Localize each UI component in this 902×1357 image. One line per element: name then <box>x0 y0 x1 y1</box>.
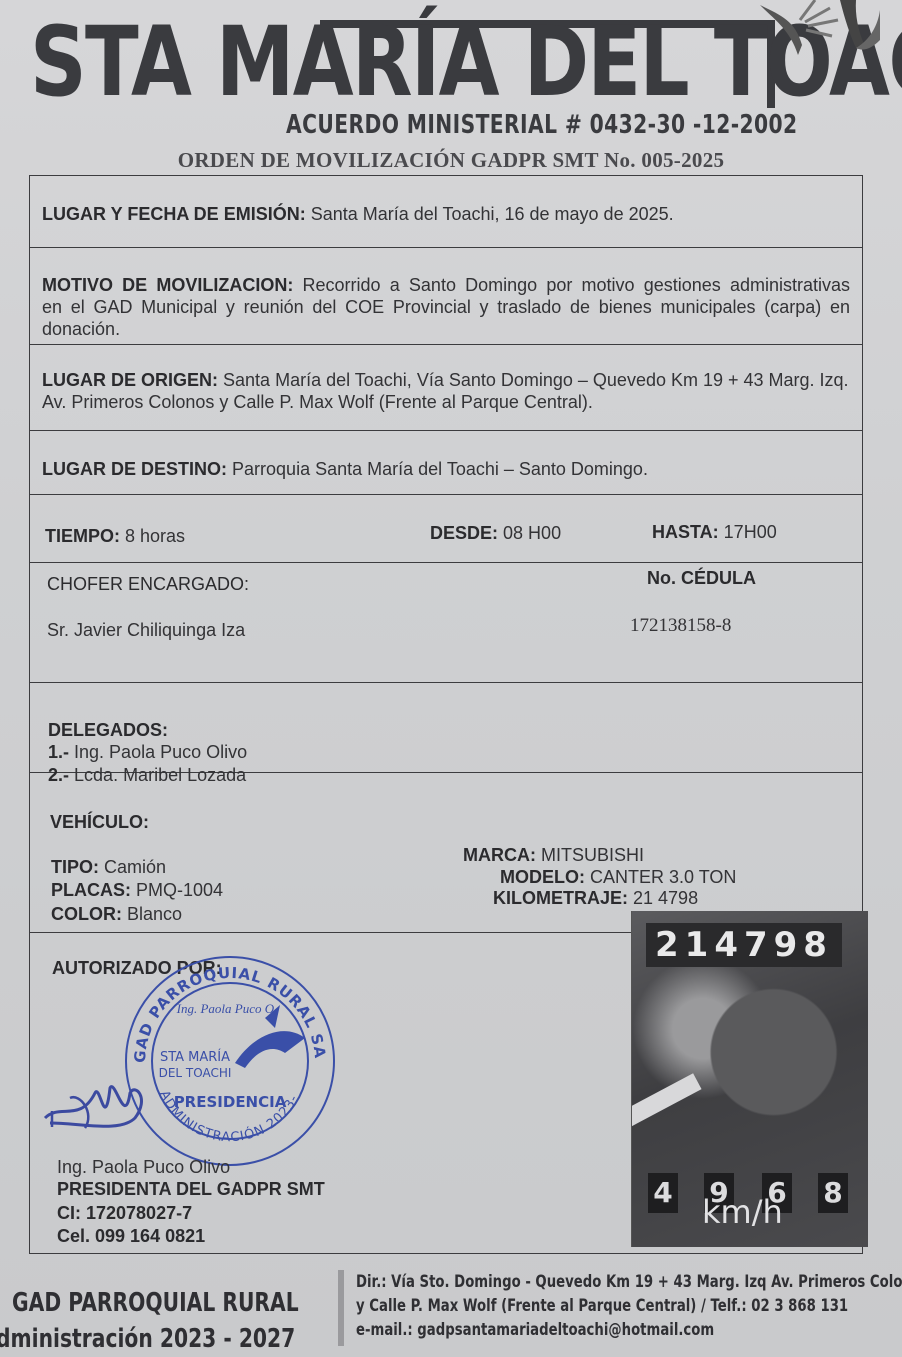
kilometraje-value: 21 4798 <box>633 888 698 908</box>
firmante-cel: Cel. 099 164 0821 <box>57 1225 205 1247</box>
hasta-value: 17H00 <box>724 522 777 542</box>
kilometraje-label: KILOMETRAJE: <box>493 888 628 908</box>
stamp-logo-line2: DEL TOACHI <box>159 1066 232 1080</box>
firmante-ci: CI: 172078027-7 <box>57 1202 192 1224</box>
kilometraje-field: KILOMETRAJE: 21 4798 <box>493 887 698 909</box>
delegado-item: 1.- Ing. Paola Puco Olivo <box>48 741 247 763</box>
placas-label: PLACAS: <box>51 880 131 900</box>
marca-field: MARCA: MITSUBISHI <box>463 844 644 866</box>
modelo-field: MODELO: CANTER 3.0 TON <box>500 866 736 888</box>
speed-unit: km/h <box>702 1201 783 1223</box>
footer-org-line1: GAD PARROQUIAL RURAL <box>12 1288 299 1318</box>
tiempo-label: TIEMPO: <box>45 526 120 546</box>
row-tiempo: TIEMPO: 8 horas DESDE: 08 H00 HASTA: 17H… <box>30 495 862 563</box>
row-fecha-emision: LUGAR Y FECHA DE EMISIÓN: Santa María de… <box>30 176 862 248</box>
row-destino: LUGAR DE DESTINO: Parroquia Santa María … <box>30 431 862 495</box>
placas-field: PLACAS: PMQ-1004 <box>51 879 223 901</box>
firmante-cargo: PRESIDENTA DEL GADPR SMT <box>57 1178 325 1200</box>
stamp-role: PRESIDENCIA <box>174 1093 287 1111</box>
footer-address-phone: y Calle P. Max Wolf (Frente al Parque Ce… <box>356 1294 902 1318</box>
row-motivo: MOTIVO DE MOVILIZACION: Recorrido a Sant… <box>30 248 862 345</box>
signature <box>40 1063 160 1143</box>
marca-value: MITSUBISHI <box>541 845 644 865</box>
cedula-value: 172138158-8 <box>630 615 731 637</box>
chofer-label: CHOFER ENCARGADO: <box>47 573 249 595</box>
hasta-label: HASTA: <box>652 522 719 542</box>
speedometer-needle <box>631 1073 702 1126</box>
placas-value: PMQ-1004 <box>136 880 223 900</box>
row-vehiculo: VEHÍCULO: TIPO: Camión PLACAS: PMQ-1004 … <box>30 773 862 933</box>
modelo-label: MODELO: <box>500 867 585 887</box>
tipo-label: TIPO: <box>51 857 99 877</box>
odometer-reading: 214798 <box>646 923 842 967</box>
desde-value: 08 H00 <box>503 523 561 543</box>
delegado-name: Ing. Paola Puco Olivo <box>74 742 247 762</box>
desde-label: DESDE: <box>430 523 498 543</box>
hasta-field: HASTA: 17H00 <box>652 521 777 543</box>
row-delegados: DELEGADOS: 1.- Ing. Paola Puco Olivo 2.-… <box>30 683 862 773</box>
row-autorizado: AUTORIZADO POR: GAD PARROQUIAL RURAL SAN… <box>30 933 862 1253</box>
tipo-field: TIPO: Camión <box>51 856 166 878</box>
destino-value: Parroquia Santa María del Toachi – Santo… <box>232 459 648 479</box>
color-field: COLOR: Blanco <box>51 903 182 925</box>
delegado-number: 1.- <box>48 742 69 762</box>
tipo-value: Camión <box>104 857 166 877</box>
cedula-label: No. CÉDULA <box>647 567 756 589</box>
origen-label: LUGAR DE ORIGEN: <box>42 370 218 390</box>
mobilization-form: LUGAR Y FECHA DE EMISIÓN: Santa María de… <box>29 175 863 1254</box>
tiempo-value: 8 horas <box>125 526 185 546</box>
acuerdo-ministerial: ACUERDO MINISTERIAL # 0432-30 -12-2002 <box>286 110 798 140</box>
motivo-label: MOTIVO DE MOVILIZACION: <box>42 275 293 295</box>
footer-org-line2: dministración 2023 - 2027 <box>0 1324 295 1354</box>
orden-title: ORDEN DE MOVILIZACIÓN GADPR SMT No. 005-… <box>0 148 902 173</box>
stamp-inner-name: Ing. Paola Puco O. <box>176 1001 278 1016</box>
fecha-label: LUGAR Y FECHA DE EMISIÓN: <box>42 204 306 224</box>
footer-divider <box>338 1270 344 1346</box>
destino-label: LUGAR DE DESTINO: <box>42 459 227 479</box>
desde-field: DESDE: 08 H00 <box>430 522 561 544</box>
fecha-value: Santa María del Toachi, 16 de mayo de 20… <box>311 204 674 224</box>
footer-contact: Dir.: Vía Sto. Domingo - Quevedo Km 19 +… <box>356 1270 902 1342</box>
color-value: Blanco <box>127 904 182 924</box>
firmante-name: Ing. Paola Puco Olivo <box>57 1156 230 1178</box>
odometer-photo: 214798 4 9 6 8 km/h <box>631 911 868 1247</box>
vehiculo-label: VEHÍCULO: <box>50 811 149 833</box>
modelo-value: CANTER 3.0 TON <box>590 867 736 887</box>
chofer-name: Sr. Javier Chiliquinga Iza <box>47 619 245 641</box>
stamp-logo-line1: STA MARÍA <box>160 1049 230 1065</box>
brand-title: STA MARÍA DEL TOACHI <box>30 8 653 116</box>
footer-email[interactable]: e-mail.: gadpsantamariadeltoachi@hotmail… <box>356 1318 902 1342</box>
delegados-label: DELEGADOS: <box>48 719 168 741</box>
footer-address: Dir.: Vía Sto. Domingo - Quevedo Km 19 +… <box>356 1270 902 1294</box>
trip-digit: 8 <box>818 1173 848 1213</box>
row-origen: LUGAR DE ORIGEN: Santa María del Toachi,… <box>30 345 862 431</box>
tiempo-field: TIEMPO: 8 horas <box>45 525 185 547</box>
row-chofer: CHOFER ENCARGADO: Sr. Javier Chiliquinga… <box>30 563 862 683</box>
bird-of-paradise-flower-icon <box>760 0 880 80</box>
trip-digit: 4 <box>648 1173 678 1213</box>
color-label: COLOR: <box>51 904 122 924</box>
marca-label: MARCA: <box>463 845 536 865</box>
document-page: STA MARÍA DEL TOACHI ACUERDO MINISTERIAL… <box>0 0 902 1357</box>
